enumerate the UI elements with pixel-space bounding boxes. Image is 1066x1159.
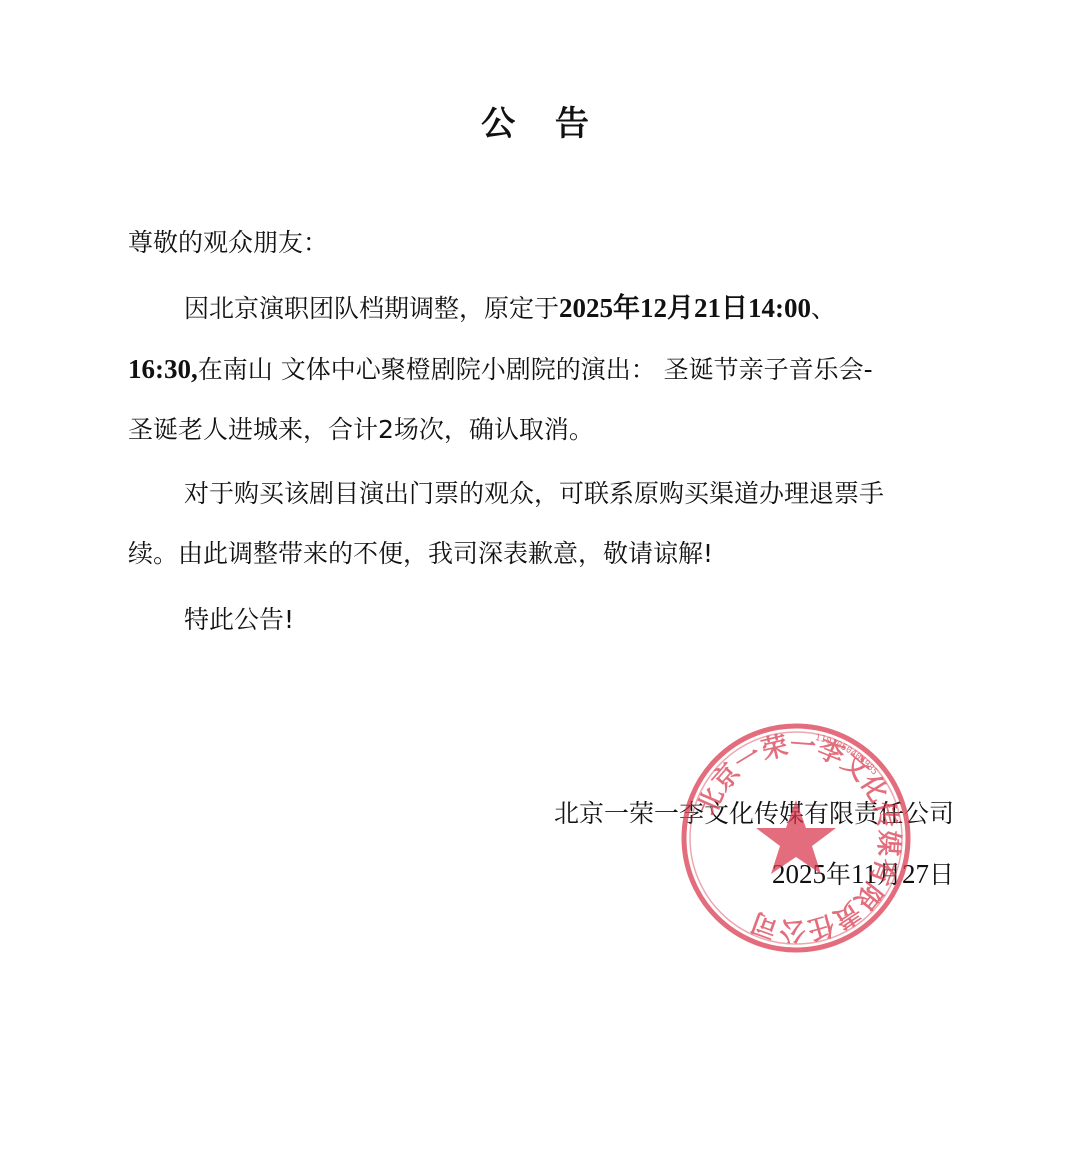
page-title: 公 告 — [0, 96, 1066, 145]
stamp-serial-number: 1101050404985 — [814, 733, 879, 777]
date-month-unit: 月 — [877, 860, 902, 889]
salutation: 尊敬的观众朋友： — [128, 213, 968, 273]
paragraph-text: 续。由此调整带来的不便，我司深表歉意，敬请谅解! — [128, 539, 713, 568]
paragraph-text: 在南山 文体中心聚橙剧院小剧院的演出： 圣诞节亲子音乐会- — [198, 355, 873, 384]
paragraph-cancellation: 因北京演职团队档期调整，原定于2025年12月21日14:00、16:30,在南… — [128, 278, 968, 460]
separator: 、 — [811, 294, 836, 323]
company-name: 北京一荣一李文化传媒有限责任公司 — [554, 784, 954, 844]
date-year-unit: 年 — [826, 860, 851, 889]
date-day-unit: 日 — [929, 860, 954, 889]
performance-date: 2025年12月21日14:00 — [559, 293, 811, 323]
date-year: 2025 — [772, 859, 826, 889]
performance-time: 16:30, — [128, 354, 198, 384]
paragraph-refund: 对于购买该剧目演出门票的观众，可联系原购买渠道办理退票手续。由此调整带来的不便，… — [128, 464, 968, 584]
signature-date: 2025年11月27日 — [554, 844, 954, 905]
paragraph-text: 圣诞老人进城来，合计2场次，确认取消。 — [128, 415, 594, 444]
paragraph-text: 对于购买该剧目演出门票的观众，可联系原购买渠道办理退票手 — [184, 479, 884, 508]
date-day: 27 — [902, 859, 929, 889]
date-month: 11 — [851, 859, 877, 889]
closing-statement: 特此公告! — [128, 590, 1024, 650]
notice-document: 公 告 尊敬的观众朋友： 因北京演职团队档期调整，原定于2025年12月21日1… — [0, 0, 1066, 1159]
paragraph-text: 因北京演职团队档期调整，原定于 — [184, 294, 559, 323]
signature-block: 北京一荣一李文化传媒有限责任公司 2025年11月27日 — [554, 784, 954, 905]
